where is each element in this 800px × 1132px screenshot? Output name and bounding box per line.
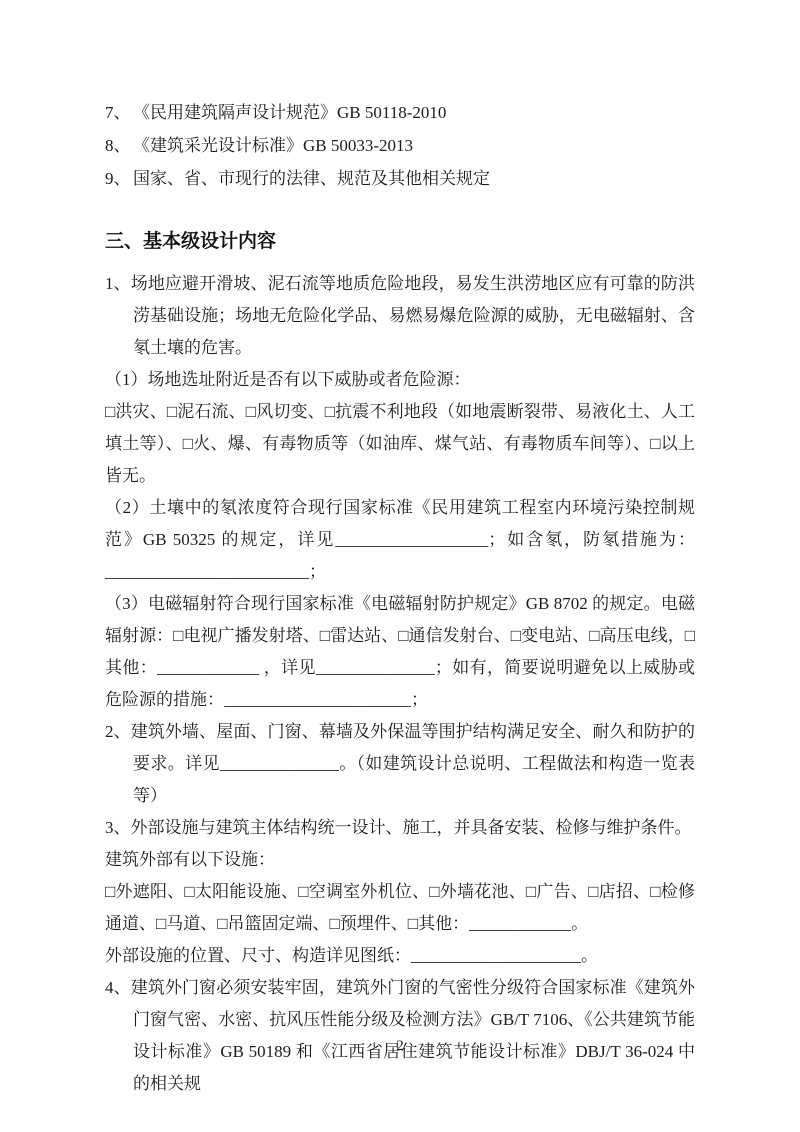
checkbox-line-facilities: □外遮阳、□太阳能设施、□空调室外机位、□外墙花池、□广告、□店招、□检修通道、…	[105, 876, 695, 940]
item-text: 场地应避开滑坡、泥石流等地质危险地段，易发生洪涝地区应有可靠的防洪涝基础设施；场…	[131, 274, 695, 357]
sub-paragraph-1-1: （1）场地选址附近是否有以下威胁或者危险源：	[105, 364, 695, 396]
item-text: 建筑外墙、屋面、门窗、幕墙及外保温等围护结构满足安全、耐久和防护的要求。详见__…	[131, 722, 695, 805]
reference-item: 9、国家、省、市现行的法律、规范及其他相关规定	[105, 162, 695, 195]
numbered-item-2: 2、建筑外墙、屋面、门窗、幕墙及外保温等围护结构满足安全、耐久和防护的要求。详见…	[105, 716, 695, 812]
reference-text: 国家、省、市现行的法律、规范及其他相关规定	[133, 169, 490, 188]
reference-number: 8、	[105, 129, 133, 162]
item-number: 2、	[105, 722, 131, 741]
reference-number: 7、	[105, 96, 133, 129]
reference-item: 8、《建筑采光设计标准》GB 50033-2013	[105, 129, 695, 162]
document-page: 7、《民用建筑隔声设计规范》GB 50118-2010 8、《建筑采光设计标准》…	[0, 0, 800, 1132]
numbered-item-3: 3、外部设施与建筑主体结构统一设计、施工，并具备安装、检修与维护条件。	[105, 812, 695, 844]
checkbox-line-hazards: □洪灾、□泥石流、□风切变、□抗震不利地段（如地震断裂带、易液化土、人工填土等）…	[105, 396, 695, 492]
reference-list: 7、《民用建筑隔声设计规范》GB 50118-2010 8、《建筑采光设计标准》…	[105, 96, 695, 195]
sub-paragraph-3-1: 建筑外部有以下设施：	[105, 844, 695, 876]
item-text: 外部设施与建筑主体结构统一设计、施工，并具备安装、检修与维护条件。	[131, 818, 692, 837]
numbered-item-1: 1、场地应避开滑坡、泥石流等地质危险地段，易发生洪涝地区应有可靠的防洪涝基础设施…	[105, 268, 695, 364]
item-number: 3、	[105, 818, 131, 837]
reference-item: 7、《民用建筑隔声设计规范》GB 50118-2010	[105, 96, 695, 129]
reference-text: 《建筑采光设计标准》GB 50033-2013	[133, 136, 413, 155]
section-content: 1、场地应避开滑坡、泥石流等地质危险地段，易发生洪涝地区应有可靠的防洪涝基础设施…	[105, 268, 695, 1100]
reference-number: 9、	[105, 162, 133, 195]
item-number: 4、	[105, 978, 131, 997]
item-number: 1、	[105, 274, 131, 293]
sub-paragraph-1-2: （2）土壤中的氡浓度符合现行国家标准《民用建筑工程室内环境污染控制规范》GB 5…	[105, 492, 695, 588]
reference-text: 《民用建筑隔声设计规范》GB 50118-2010	[133, 103, 446, 122]
page-number: 2	[0, 1036, 800, 1056]
section-heading: 三、基本级设计内容	[105, 225, 695, 258]
sub-paragraph-3-2: 外部设施的位置、尺寸、构造详见图纸：____________________。	[105, 940, 695, 972]
sub-paragraph-1-3: （3）电磁辐射符合现行国家标准《电磁辐射防护规定》GB 8702 的规定。电磁辐…	[105, 588, 695, 716]
